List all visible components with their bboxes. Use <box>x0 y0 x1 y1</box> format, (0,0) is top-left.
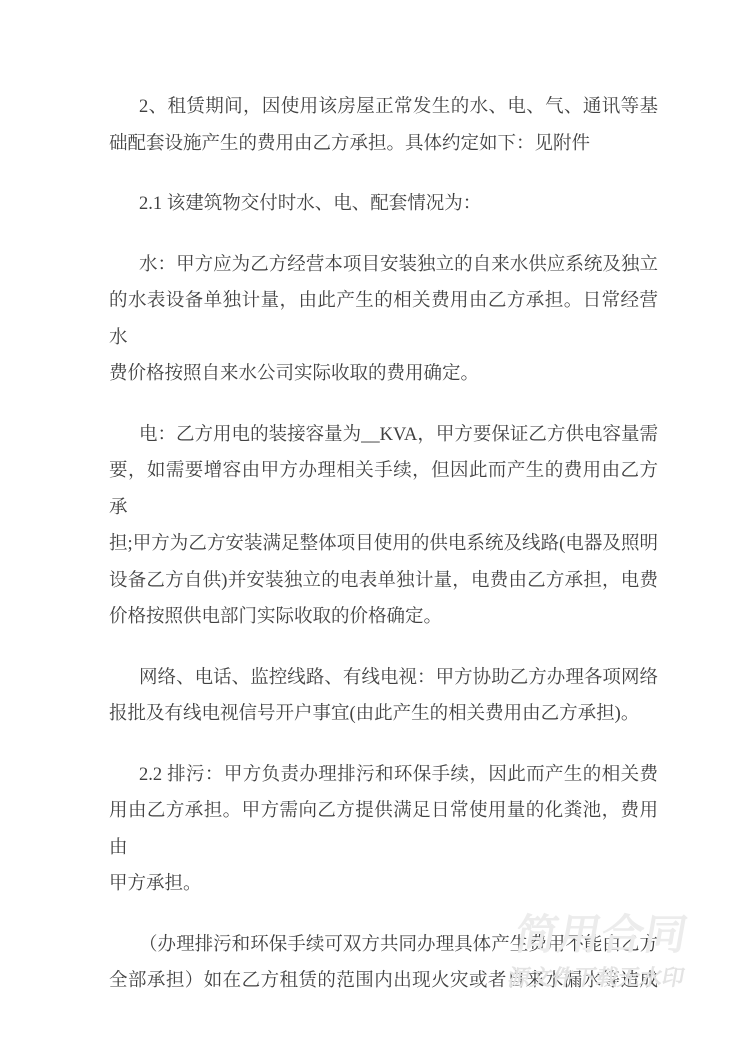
text-line: 担;甲方为乙方安装满足整体项目使用的供电系统及线路(电器及照明 <box>109 526 658 563</box>
clause-electricity: 电：乙方用电的装接容量为__KVA，甲方要保证乙方供电容量需 要，如需要增容由甲… <box>109 417 658 636</box>
text-line: 电：乙方用电的装接容量为__KVA，甲方要保证乙方供电容量需 <box>109 417 658 454</box>
text-line: 价格按照供电部门实际收取的价格确定。 <box>109 599 658 636</box>
text-line: 水：甲方应为乙方经营本项目安装独立的自来水供应系统及独立 <box>109 247 658 284</box>
text-line: 2.1 该建筑物交付时水、电、配套情况为： <box>109 186 658 223</box>
text-line: 要，如需要增容由甲方办理相关手续，但因此而产生的费用由乙方承 <box>109 453 658 526</box>
text-line: 甲方承担。 <box>109 866 658 903</box>
text-line: 的水表设备单独计量，由此产生的相关费用由乙方承担。日常经营水 <box>109 283 658 356</box>
watermark-title: 简用合同 <box>512 912 696 958</box>
clause-2-utilities: 2、租赁期间，因使用该房屋正常发生的水、电、气、通讯等基 础配套设施产生的费用由… <box>109 89 658 162</box>
text-line: 础配套设施产生的费用由乙方承担。具体约定如下：见附件 <box>109 126 658 163</box>
clause-2-2-sewage: 2.2 排污：甲方负责办理排污和环保手续，因此而产生的相关费 用由乙方承担。甲方… <box>109 757 658 903</box>
clause-network: 网络、电话、监控线路、有线电视：甲方协助乙方办理各项网络 报批及有线电视信号开户… <box>109 660 658 733</box>
text-line: 2、租赁期间，因使用该房屋正常发生的水、电、气、通讯等基 <box>109 89 658 126</box>
text-line: 费价格按照自来水公司实际收取的费用确定。 <box>109 356 658 393</box>
clause-water: 水：甲方应为乙方经营本项目安装独立的自来水供应系统及独立 的水表设备单独计量，由… <box>109 247 658 393</box>
watermark-subtitle: 源文件下载无水印 <box>506 966 686 990</box>
text-line: 报批及有线电视信号开户事宜(由此产生的相关费用由乙方承担)。 <box>109 696 658 733</box>
clause-2-1-heading: 2.1 该建筑物交付时水、电、配套情况为： <box>109 186 658 223</box>
watermark: 简用合同 源文件下载无水印 <box>506 912 696 990</box>
text-line: 用由乙方承担。甲方需向乙方提供满足日常使用量的化粪池，费用由 <box>109 793 658 866</box>
text-line: 2.2 排污：甲方负责办理排污和环保手续，因此而产生的相关费 <box>109 757 658 794</box>
text-line: 网络、电话、监控线路、有线电视：甲方协助乙方办理各项网络 <box>109 660 658 697</box>
text-line: 设备乙方自供)并安装独立的电表单独计量，电费由乙方承担，电费 <box>109 563 658 600</box>
document-page: 2、租赁期间，因使用该房屋正常发生的水、电、气、通讯等基 础配套设施产生的费用由… <box>0 0 742 1049</box>
contract-body: 2、租赁期间，因使用该房屋正常发生的水、电、气、通讯等基 础配套设施产生的费用由… <box>109 89 658 1024</box>
